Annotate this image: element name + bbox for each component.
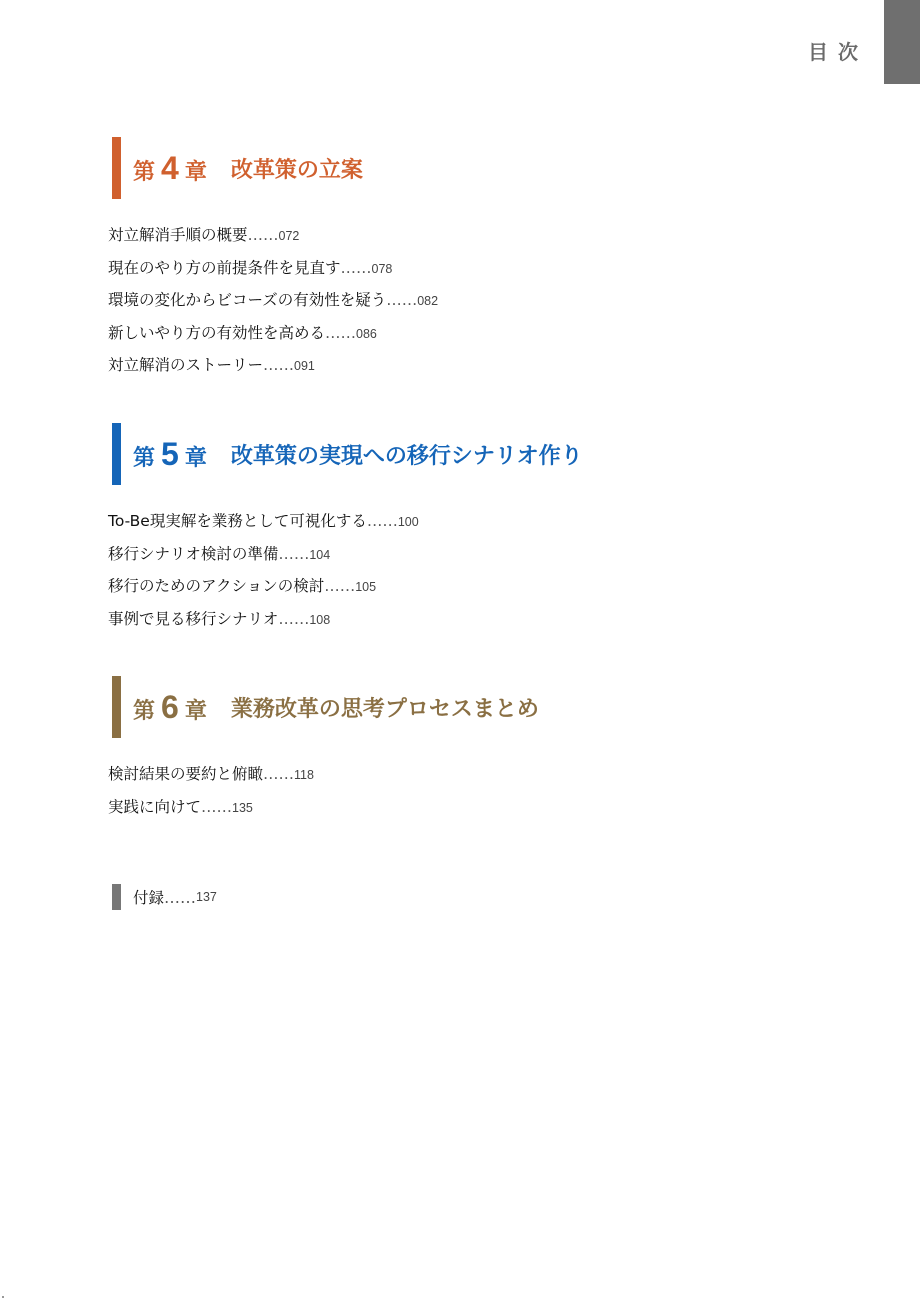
toc-entry[interactable]: 現在のやり方の前提条件を見直す……078 [108,252,438,285]
entry-label: 現在のやり方の前提条件を見直す [108,259,341,277]
chapter-color-bar [112,137,121,199]
toc-entry[interactable]: 事例で見る移行シナリオ……108 [108,603,583,636]
chapter-suffix: 章 [185,694,207,725]
chapter-number: 5 [161,436,179,473]
section-tab-marker [884,0,920,84]
leader-dots: …… [248,226,279,244]
page-number: 105 [355,580,376,594]
toc-entry[interactable]: 対立解消手順の概要……072 [108,219,438,252]
appendix-label: 付録 [133,886,164,908]
chapter-6: 第 6 章 業務改革の思考プロセスまとめ 検討結果の要約と俯瞰……118 実践に… [112,676,539,823]
entry-label: 環境の変化からビコーズの有効性を疑う [108,291,386,309]
page-number: 135 [232,801,253,815]
chapter-heading: 第 4 章 改革策の立案 [112,137,438,199]
entry-label: 対立解消手順の概要 [108,226,248,244]
chapter-entries: To-Be現実解を業務として可視化する……100 移行シナリオ検討の準備……10… [108,505,583,635]
leader-dots: …… [263,356,294,374]
chapter-number: 4 [161,150,179,187]
chapter-suffix: 章 [185,155,207,186]
appendix-color-bar [112,884,121,910]
chapter-color-bar [112,676,121,738]
page-number: 072 [279,229,300,243]
page-number: 082 [417,294,438,308]
leader-dots: …… [386,291,417,309]
chapter-entries: 検討結果の要約と俯瞰……118 実践に向けて……135 [108,758,539,823]
chapter-heading: 第 5 章 改革策の実現への移行シナリオ作り [112,423,583,485]
chapter-entries: 対立解消手順の概要……072 現在のやり方の前提条件を見直す……078 環境の変… [108,219,438,382]
leader-dots: …… [201,798,232,816]
chapter-title: 改革策の立案 [231,153,363,184]
chapter-5: 第 5 章 改革策の実現への移行シナリオ作り To-Be現実解を業務として可視化… [112,423,583,635]
chapter-number-label: 第 4 章 [133,150,207,187]
chapter-title: 改革策の実現への移行シナリオ作り [231,439,583,470]
leader-dots: …… [325,324,356,342]
chapter-color-bar [112,423,121,485]
page-title: 目次 [808,36,868,65]
appendix-entry[interactable]: 付録……137 [112,884,217,910]
leader-dots: …… [324,577,355,595]
chapter-heading: 第 6 章 業務改革の思考プロセスまとめ [112,676,539,738]
page-number: 078 [372,262,393,276]
entry-label: 事例で見る移行シナリオ [108,610,278,628]
leader-dots: …… [164,888,196,907]
chapter-title: 業務改革の思考プロセスまとめ [231,692,539,723]
toc-entry[interactable]: To-Be現実解を業務として可視化する……100 [108,505,583,538]
leader-dots: …… [263,765,294,783]
chapter-suffix: 章 [185,441,207,472]
page-number: 118 [294,768,314,782]
toc-entry[interactable]: 移行シナリオ検討の準備……104 [108,538,583,571]
toc-entry[interactable]: 実践に向けて……135 [108,791,539,824]
page-number: 104 [309,548,330,562]
chapter-4: 第 4 章 改革策の立案 対立解消手順の概要……072 現在のやり方の前提条件を… [112,137,438,382]
chapter-prefix: 第 [133,155,155,186]
leader-dots: …… [367,512,398,530]
scan-artifact-dot [2,1296,4,1298]
toc-entry[interactable]: 新しいやり方の有効性を高める……086 [108,317,438,350]
entry-label: To-Be現実解を業務として可視化する [108,512,367,530]
leader-dots: …… [278,545,309,563]
chapter-prefix: 第 [133,441,155,472]
page-number: 100 [398,515,419,529]
page-number: 091 [294,359,315,373]
leader-dots: …… [341,259,372,277]
toc-entry[interactable]: 移行のためのアクションの検討……105 [108,570,583,603]
entry-label: 移行のためのアクションの検討 [108,577,324,595]
toc-entry[interactable]: 検討結果の要約と俯瞰……118 [108,758,539,791]
chapter-prefix: 第 [133,694,155,725]
toc-entry[interactable]: 環境の変化からビコーズの有効性を疑う……082 [108,284,438,317]
page-number: 086 [356,327,377,341]
toc-entry[interactable]: 対立解消のストーリー……091 [108,349,438,382]
leader-dots: …… [278,610,309,628]
entry-label: 検討結果の要約と俯瞰 [108,765,263,783]
page-number: 137 [196,890,217,904]
entry-label: 実践に向けて [108,798,201,816]
entry-label: 移行シナリオ検討の準備 [108,545,278,563]
page-number: 108 [309,613,330,627]
entry-label: 対立解消のストーリー [108,356,263,374]
chapter-number-label: 第 5 章 [133,436,207,473]
chapter-number: 6 [161,689,179,726]
entry-label: 新しいやり方の有効性を高める [108,324,325,342]
chapter-number-label: 第 6 章 [133,689,207,726]
